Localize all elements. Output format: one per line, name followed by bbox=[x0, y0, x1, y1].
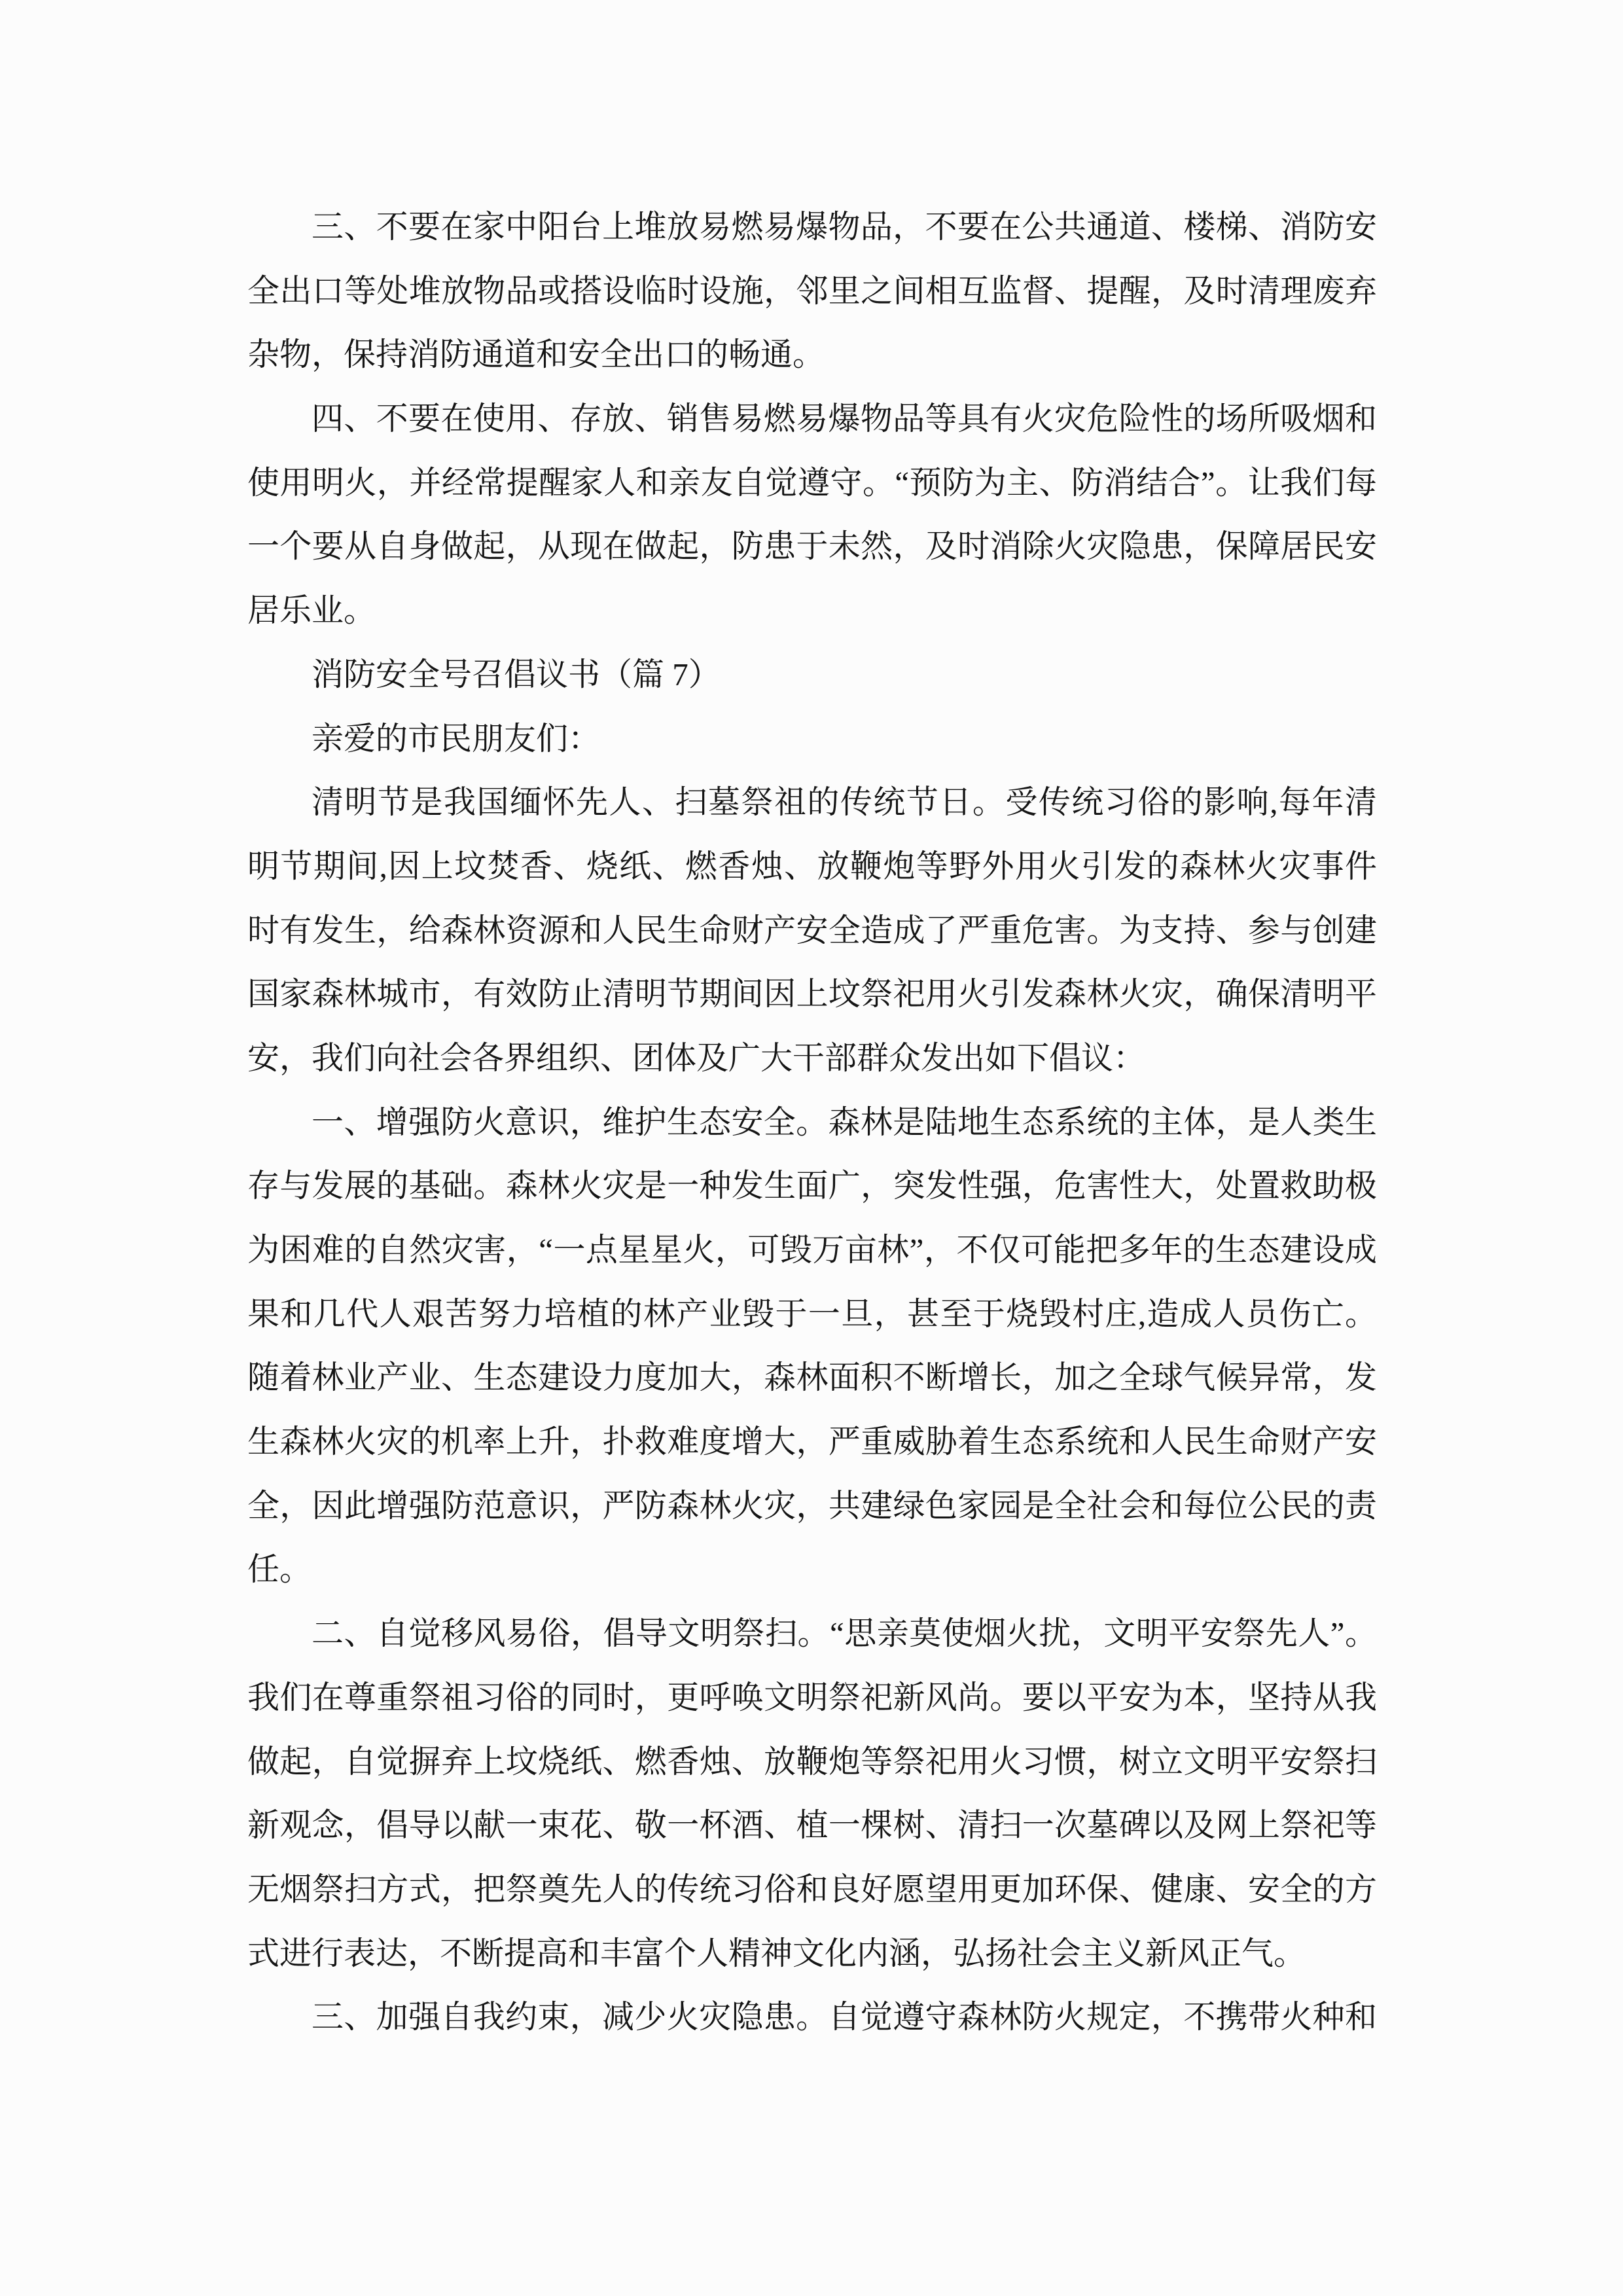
text-line: 明节期间,因上坟焚香、烧纸、燃香烛、放鞭炮等野外用火引发的森林火灾事件 bbox=[247, 834, 1377, 899]
text-line: 三、不要在家中阳台上堆放易燃易爆物品，不要在公共通道、楼梯、消防安 bbox=[247, 195, 1377, 259]
text-line: 一、增强防火意识，维护生态安全。森林是陆地生态系统的主体，是人类生 bbox=[247, 1090, 1377, 1155]
text-line: 存与发展的基础。森林火灾是一种发生面广，突发性强，危害性大，处置救助极 bbox=[247, 1154, 1377, 1218]
text-line: 果和几代人艰苦努力培植的林产业毁于一旦，甚至于烧毁村庄,造成人员伤亡。 bbox=[247, 1282, 1377, 1346]
text-line: 做起，自觉摒弃上坟烧纸、燃香烛、放鞭炮等祭祀用火习惯，树立文明平安祭扫 bbox=[247, 1730, 1377, 1794]
text-line: 新观念，倡导以献一束花、敬一杯酒、植一棵树、清扫一次墓碑以及网上祭祀等 bbox=[247, 1793, 1377, 1857]
text-line: 国家森林城市，有效防止清明节期间因上坟祭祀用火引发森林火灾，确保清明平 bbox=[247, 962, 1377, 1026]
document-page: 三、不要在家中阳台上堆放易燃易爆物品，不要在公共通道、楼梯、消防安全出口等处堆放… bbox=[0, 0, 1623, 2296]
text-line: 使用明火，并经常提醒家人和亲友自觉遵守。“预防为主、防消结合”。让我们每 bbox=[247, 451, 1377, 515]
text-line: 一个要从自身做起，从现在做起，防患于未然，及时消除火灾隐患，保障居民安 bbox=[247, 514, 1377, 579]
document-body: 三、不要在家中阳台上堆放易燃易爆物品，不要在公共通道、楼梯、消防安全出口等处堆放… bbox=[247, 195, 1377, 2049]
text-line: 清明节是我国缅怀先人、扫墓祭祖的传统节日。受传统习俗的影响,每年清 bbox=[247, 770, 1377, 834]
text-line: 全，因此增强防范意识，严防森林火灾，共建绿色家园是全社会和每位公民的责 bbox=[247, 1474, 1377, 1538]
text-line: 随着林业产业、生态建设力度加大，森林面积不断增长，加之全球气候异常，发 bbox=[247, 1346, 1377, 1410]
text-line: 二、自觉移风易俗，倡导文明祭扫。“思亲莫使烟火扰，文明平安祭先人”。 bbox=[247, 1602, 1377, 1666]
text-line: 安，我们向社会各界组织、团体及广大干部群众发出如下倡议： bbox=[247, 1026, 1377, 1090]
text-line: 四、不要在使用、存放、销售易燃易爆物品等具有火灾危险性的场所吸烟和 bbox=[247, 387, 1377, 451]
text-line: 亲爱的市民朋友们： bbox=[247, 707, 1377, 771]
text-line: 时有发生，给森林资源和人民生命财产安全造成了严重危害。为支持、参与创建 bbox=[247, 899, 1377, 963]
text-line: 为困难的自然灾害，“一点星星火，可毁万亩林”，不仅可能把多年的生态建设成 bbox=[247, 1218, 1377, 1282]
text-line: 消防安全号召倡议书（篇 7） bbox=[247, 643, 1377, 707]
text-line: 居乐业。 bbox=[247, 579, 1377, 643]
text-line: 全出口等处堆放物品或搭设临时设施，邻里之间相互监督、提醒，及时清理废弃 bbox=[247, 259, 1377, 323]
text-line: 我们在尊重祭祖习俗的同时，更呼唤文明祭祀新风尚。要以平安为本，坚持从我 bbox=[247, 1666, 1377, 1730]
text-line: 杂物，保持消防通道和安全出口的畅通。 bbox=[247, 323, 1377, 387]
text-line: 无烟祭扫方式，把祭奠先人的传统习俗和良好愿望用更加环保、健康、安全的方 bbox=[247, 1857, 1377, 1922]
text-line: 式进行表达，不断提高和丰富个人精神文化内涵，弘扬社会主义新风正气。 bbox=[247, 1922, 1377, 1986]
text-line: 三、加强自我约束，减少火灾隐患。自觉遵守森林防火规定，不携带火种和 bbox=[247, 1985, 1377, 2049]
text-line: 生森林火灾的机率上升，扑救难度增大，严重威胁着生态系统和人民生命财产安 bbox=[247, 1410, 1377, 1474]
text-line: 任。 bbox=[247, 1537, 1377, 1602]
